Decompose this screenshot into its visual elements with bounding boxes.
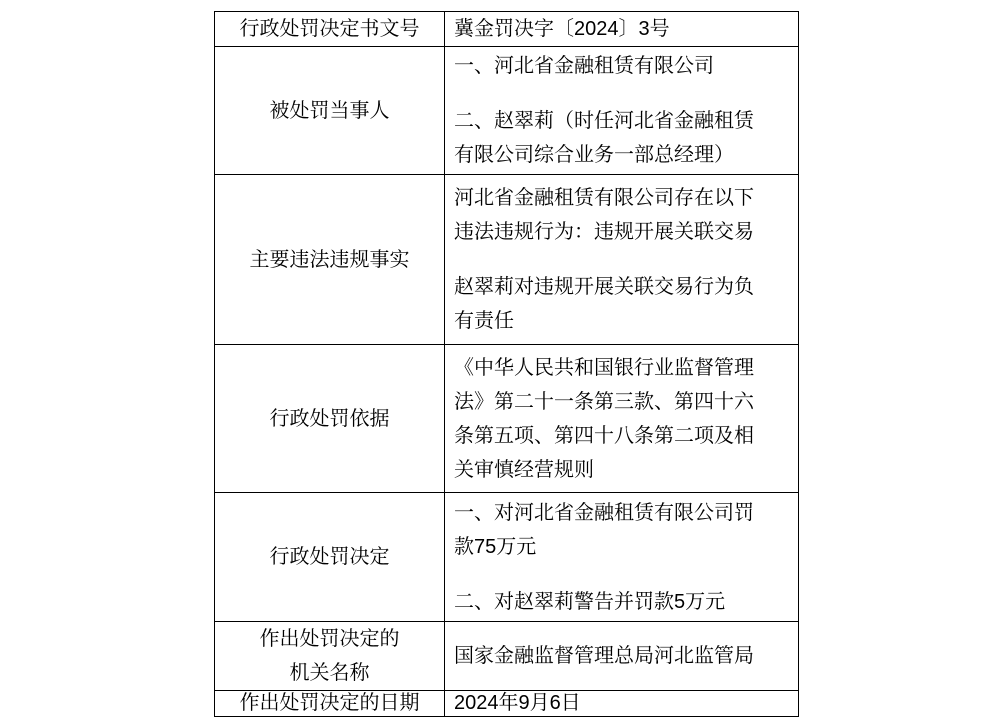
row-document-number-value: 冀金罚决字〔2024〕3号 [445,12,799,47]
row-violation-facts-label: 主要违法违规事实 [215,175,445,345]
row-decision-date: 作出处罚决定的日期 2024年9月6日 [215,691,799,717]
row-authority-name-label: 作出处罚决定的机关名称 [215,622,445,691]
penalty-decision-table: 行政处罚决定书文号 冀金罚决字〔2024〕3号 被处罚当事人 一、河北省金融租赁… [214,11,799,717]
row-violation-facts-value: 河北省金融租赁有限公司存在以下违法违规行为：违规开展关联交易赵翠莉对违规开展关联… [445,175,799,345]
row-penalized-parties-label: 被处罚当事人 [215,47,445,175]
row-penalty-decision: 行政处罚决定 一、对河北省金融租赁有限公司罚款75万元二、对赵翠莉警告并罚款5万… [215,493,799,622]
row-penalty-basis: 行政处罚依据 《中华人民共和国银行业监督管理法》第二十一条第三款、第四十六条第五… [215,345,799,493]
row-penalty-basis-value: 《中华人民共和国银行业监督管理法》第二十一条第三款、第四十六条第五项、第四十八条… [445,345,799,493]
row-authority-name: 作出处罚决定的机关名称 国家金融监督管理总局河北监管局 [215,622,799,691]
row-decision-date-value: 2024年9月6日 [445,691,799,717]
row-document-number-label: 行政处罚决定书文号 [215,12,445,47]
row-penalty-decision-value: 一、对河北省金融租赁有限公司罚款75万元二、对赵翠莉警告并罚款5万元 [445,493,799,622]
row-penalty-decision-label: 行政处罚决定 [215,493,445,622]
row-decision-date-label: 作出处罚决定的日期 [215,691,445,717]
penalty-decision-table-body: 行政处罚决定书文号 冀金罚决字〔2024〕3号 被处罚当事人 一、河北省金融租赁… [215,12,799,717]
row-penalized-parties: 被处罚当事人 一、河北省金融租赁有限公司二、赵翠莉（时任河北省金融租赁有限公司综… [215,47,799,175]
row-penalized-parties-value: 一、河北省金融租赁有限公司二、赵翠莉（时任河北省金融租赁有限公司综合业务一部总经… [445,47,799,175]
row-authority-name-value: 国家金融监督管理总局河北监管局 [445,622,799,691]
row-violation-facts: 主要违法违规事实 河北省金融租赁有限公司存在以下违法违规行为：违规开展关联交易赵… [215,175,799,345]
row-document-number: 行政处罚决定书文号 冀金罚决字〔2024〕3号 [215,12,799,47]
row-penalty-basis-label: 行政处罚依据 [215,345,445,493]
